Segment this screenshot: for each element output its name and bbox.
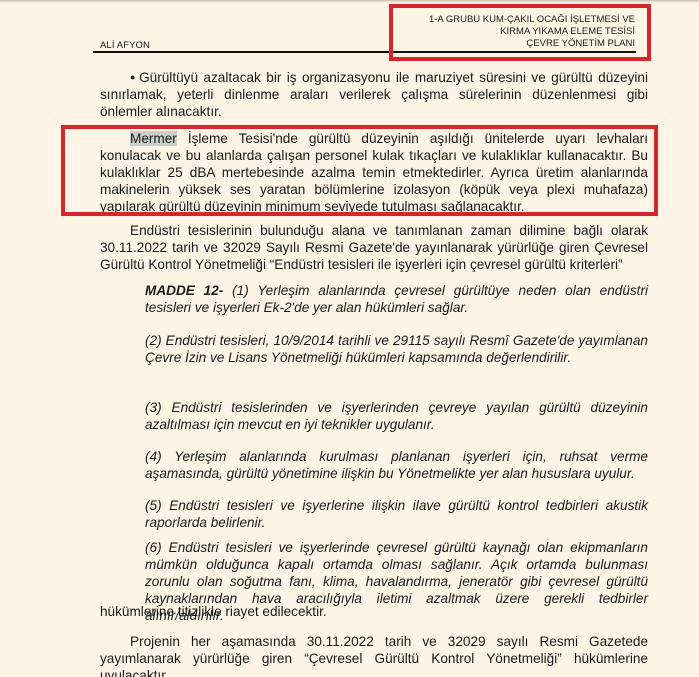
madde-item-1: MADDE 12- (1) Yerleşim alanlarında çevre… <box>145 282 648 316</box>
madde-label: MADDE 12- <box>145 283 223 298</box>
annotation-box-paragraph <box>61 125 658 216</box>
madde-item-4: (4) Yerleşim alanlarında kurulması planl… <box>145 448 648 482</box>
bullet-paragraph: ●Gürültüyü azaltacak bir iş organizasyon… <box>100 69 648 120</box>
compliance-line: hükümlerine titizlikle riayet edilecekti… <box>100 603 648 620</box>
madde-item-3: (3) Endüstri tesislerinden ve işyerlerin… <box>145 399 648 433</box>
madde-item-2: (2) Endüstri tesisleri, 10/9/2014 tarihl… <box>145 332 648 366</box>
bullet-icon: ● <box>130 72 137 82</box>
madde-item-5: (5) Endüstri tesisleri ve işyerlerine il… <box>145 497 648 531</box>
annotation-box-header <box>389 4 651 61</box>
header-author: ALİ AFYON <box>100 40 150 51</box>
final-paragraph: Projenin her aşamasında 30.11.2022 tarih… <box>100 633 648 677</box>
bullet-paragraph-text: Gürültüyü azaltacak bir iş organizasyonu… <box>100 70 648 119</box>
industry-intro-paragraph: Endüstri tesislerinin bulunduğu alana ve… <box>100 222 648 273</box>
viewer-top-shadow <box>0 0 699 3</box>
